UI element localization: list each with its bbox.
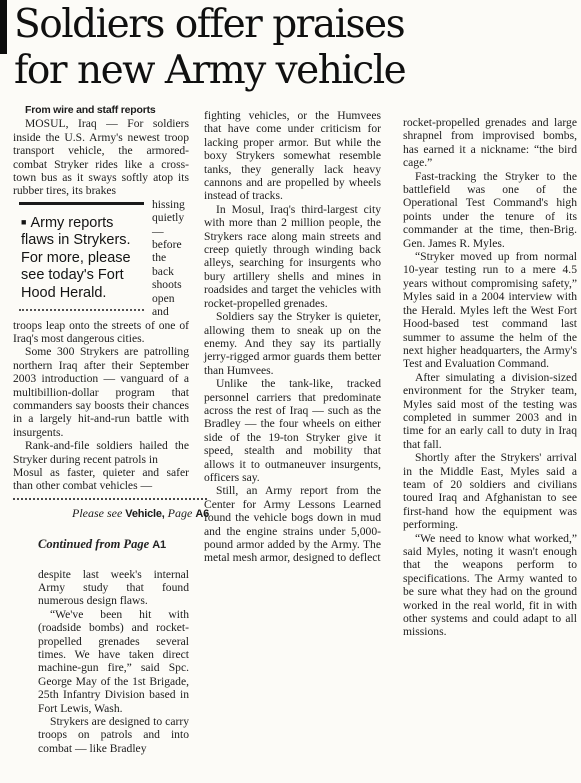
body-paragraph: Soldiers say the Stryker is quieter, all… [204,310,381,377]
body-paragraph: Rank-and-file soldiers hailed the Stryke… [13,439,189,466]
body-paragraph: fighting vehicles, or the Humvees that h… [204,109,381,203]
body-paragraph: Shortly after the Strykers' arrival in t… [403,451,577,531]
body-paragraph: despite last week's internal Army study … [38,568,189,608]
jump-line: Mosul as faster, quieter and safer than … [13,466,189,493]
refer-box-text: Army reports flaws in Strykers. For more… [21,215,131,301]
body-paragraph: rocket-propelled grenades and large shra… [403,116,577,170]
news-column-1: From wire and staff reports MOSUL, Iraq … [13,104,189,755]
body-paragraph: Still, an Army report from the Center fo… [204,484,381,564]
refer-box: ■Army reports flaws in Strykers. For mor… [19,202,144,312]
continued-from-prefix: Continued from Page [38,537,152,551]
news-column-3: rocket-propelled grenades and large shra… [403,116,577,639]
body-paragraph: “We've been hit with (roadside bombs) an… [38,608,189,715]
scan-edge-mark [0,0,7,54]
body-paragraph: In Mosul, Iraq's third-largest city with… [204,203,381,310]
body-paragraph: Some 300 Strykers are patrolling norther… [13,345,189,439]
square-bullet-icon: ■ [21,217,26,227]
article-headline: Soldiers offer praises for new Army vehi… [14,2,405,94]
continued-from-page: A1 [152,539,166,551]
byline: From wire and staff reports [13,104,189,117]
continued-text-block: despite last week's internal Army study … [38,568,189,756]
newspaper-clipping: Soldiers offer praises for new Army vehi… [0,0,581,783]
body-paragraph: “We need to know what worked,” said Myle… [403,532,577,639]
dotted-rule [13,498,207,500]
please-see-line: Please see Vehicle, Page A6 [13,507,209,521]
lead-paragraph-start: MOSUL, Iraq — For soldiers inside the U.… [13,117,189,197]
body-paragraph: After simulating a division-sized enviro… [403,371,577,451]
body-paragraph: Unlike the tank-like, tracked personnel … [204,377,381,484]
please-see-middle: Page [165,506,196,520]
continued-from-line: Continued from Page A1 [38,538,189,552]
headline-line-1: Soldiers offer praises [14,2,405,48]
body-paragraph: “Stryker moved up from normal 10-year te… [403,250,577,371]
please-see-slug: Vehicle, [125,508,164,520]
body-paragraph: Strykers are designed to carry troops on… [38,715,189,755]
body-paragraph: Fast-tracking the Stryker to the battlef… [403,170,577,250]
headline-line-2: for new Army vehicle [14,48,405,94]
please-see-prefix: Please see [72,506,125,520]
news-column-2: fighting vehicles, or the Humvees that h… [204,109,381,565]
